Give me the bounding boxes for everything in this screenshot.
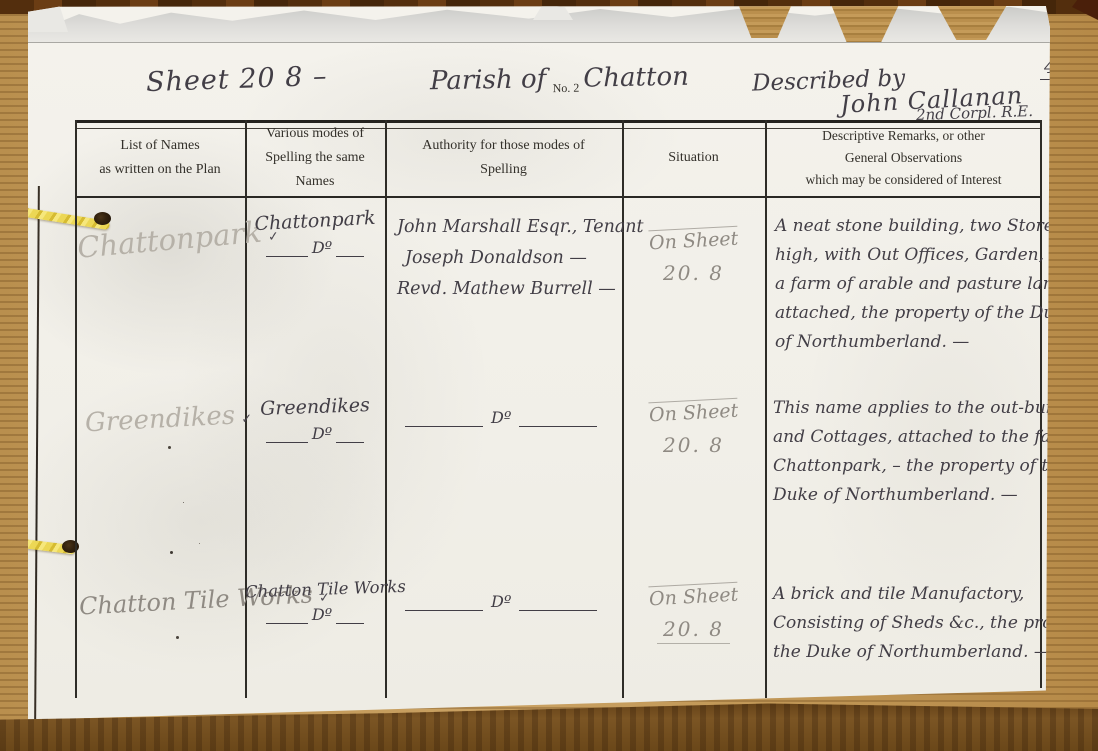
- header-spelling: Various modes of Spelling the same Names: [245, 120, 385, 196]
- row3-situation-sheet: On Sheet: [648, 582, 738, 611]
- header-names-line2: as written on the Plan: [99, 158, 220, 182]
- header-authority-line2: Spelling: [480, 158, 527, 182]
- row1-remarks-line2: high, with Out Offices, Garden, and: [775, 241, 1081, 270]
- row3-remarks-line1: A brick and tile Manufactory,: [773, 580, 1098, 609]
- row2-spelling: Greendikes Dº: [245, 396, 385, 443]
- row1-spelling-text: Chattonpark: [245, 206, 386, 235]
- document-page: Sheet 20 8 – Parish of No. 2 Chatton Des…: [28, 6, 1050, 722]
- row3-ditto-text: Dº: [312, 605, 332, 624]
- row1-remarks-line4: attached, the property of the Duke: [775, 299, 1081, 328]
- header-situation-line1: Situation: [668, 146, 719, 170]
- header-remarks: Descriptive Remarks, or other General Ob…: [765, 120, 1042, 196]
- row3-authority-ditto: Dº: [405, 592, 597, 611]
- row3-spelling-text: Chatton Tile Works: [245, 578, 386, 602]
- ditto-dash-right: [336, 432, 364, 443]
- row1-situation-sheet: On Sheet: [648, 226, 738, 255]
- row1-situation-number: 20. 8: [622, 261, 765, 285]
- header-spelling-line1: Various modes of: [266, 122, 364, 146]
- authority-dash-left: [405, 600, 483, 611]
- ditto-dash-left: [266, 246, 308, 257]
- table-header-rule: [75, 196, 1042, 198]
- row3-spelling: Chatton Tile Works Dº: [245, 580, 385, 624]
- row3-remarks-line3: the Duke of Northumberland. —: [773, 638, 1098, 667]
- row2-name-on-plan: Greendikes✓: [84, 400, 252, 439]
- row3-authority-text: Dº: [491, 592, 511, 611]
- row3-spelling-ditto: Dº: [245, 605, 385, 624]
- header-authority: Authority for those modes of Spelling: [385, 120, 622, 196]
- row2-name-text: Greendikes: [84, 401, 236, 439]
- page-number: 49: [1040, 56, 1072, 80]
- row3-remarks-line2: Consisting of Sheds &c., the property of: [773, 609, 1098, 638]
- row1-spelling: Chattonpark Dº: [245, 210, 385, 257]
- row2-remarks-line1: This name applies to the out-buildings,: [773, 394, 1098, 423]
- document-scan: Sheet 20 8 – Parish of No. 2 Chatton Des…: [0, 0, 1098, 751]
- row1-authority: John Marshall Esqr., Tenant Joseph Donal…: [397, 212, 644, 305]
- sheet-number: Sheet 20 8 –: [146, 61, 328, 98]
- row1-situation: On Sheet 20. 8: [622, 228, 765, 285]
- page-fold-edge: [34, 186, 40, 722]
- column-divider-2: [385, 120, 387, 698]
- row1-ditto-text: Dº: [312, 238, 332, 257]
- header-spelling-line2: Spelling the same Names: [245, 146, 385, 194]
- ditto-dash-right: [336, 246, 364, 257]
- ditto-dash-left: [266, 613, 308, 624]
- row1-authority-line1: John Marshall Esqr., Tenant: [397, 212, 644, 243]
- header-names-line1: List of Names: [120, 134, 199, 158]
- authority-dash-left: [405, 416, 483, 427]
- name-book-table: List of Names as written on the Plan Var…: [75, 120, 1042, 700]
- row2-situation-number: 20. 8: [622, 433, 765, 457]
- row3-situation-number: 20. 8: [657, 617, 730, 644]
- authority-dash-right: [519, 416, 597, 427]
- row1-remarks-line3: a farm of arable and pasture land: [775, 270, 1081, 299]
- row2-remarks: This name applies to the out-buildings, …: [773, 394, 1098, 510]
- row2-spelling-ditto: Dº: [245, 424, 385, 443]
- row2-spelling-text: Greendikes: [245, 394, 386, 421]
- row3-remarks: A brick and tile Manufactory, Consisting…: [773, 580, 1098, 667]
- row1-remarks-line1: A neat stone building, two Storeys: [775, 212, 1081, 241]
- row2-situation-sheet: On Sheet: [648, 398, 738, 427]
- parish-label: Parish of: [430, 64, 547, 96]
- row1-authority-line3: Revd. Mathew Burrell —: [397, 274, 644, 305]
- header-remarks-line1: Descriptive Remarks, or other: [822, 125, 985, 147]
- header-authority-line1: Authority for those modes of: [422, 134, 585, 158]
- row2-remarks-line2: and Cottages, attached to the farm of: [773, 423, 1098, 452]
- parish-no-printed: No. 2: [553, 81, 580, 95]
- authority-dash-right: [519, 600, 597, 611]
- parish-title: Parish of No. 2 Chatton: [430, 62, 689, 97]
- row2-situation: On Sheet 20. 8: [622, 400, 765, 457]
- header-remarks-line3: which may be considered of Interest: [805, 169, 1001, 191]
- row3-situation: On Sheet 20. 8: [622, 584, 765, 644]
- header-names: List of Names as written on the Plan: [75, 120, 245, 196]
- row1-spelling-ditto: Dº: [245, 238, 385, 257]
- table-border-left: [75, 120, 77, 698]
- row1-remarks: A neat stone building, two Storeys high,…: [775, 212, 1081, 357]
- row1-name-text: Chattonpark: [76, 215, 263, 265]
- row2-authority-text: Dº: [491, 408, 511, 427]
- parish-name: Chatton: [583, 62, 689, 94]
- row2-authority-ditto: Dº: [405, 408, 597, 427]
- row1-authority-line2: Joseph Donaldson —: [405, 243, 644, 274]
- row1-remarks-line5: of Northumberland. —: [775, 328, 1081, 357]
- ditto-dash-right: [336, 613, 364, 624]
- row2-remarks-line4: Duke of Northumberland. —: [773, 481, 1098, 510]
- header-situation: Situation: [622, 120, 765, 196]
- row2-remarks-line3: Chattonpark, – the property of the: [773, 452, 1098, 481]
- column-divider-4: [765, 120, 767, 698]
- row2-ditto-text: Dº: [312, 424, 332, 443]
- paper-scrap-tab-2: [533, 4, 573, 20]
- ditto-dash-left: [266, 432, 308, 443]
- header-remarks-line2: General Observations: [845, 147, 962, 169]
